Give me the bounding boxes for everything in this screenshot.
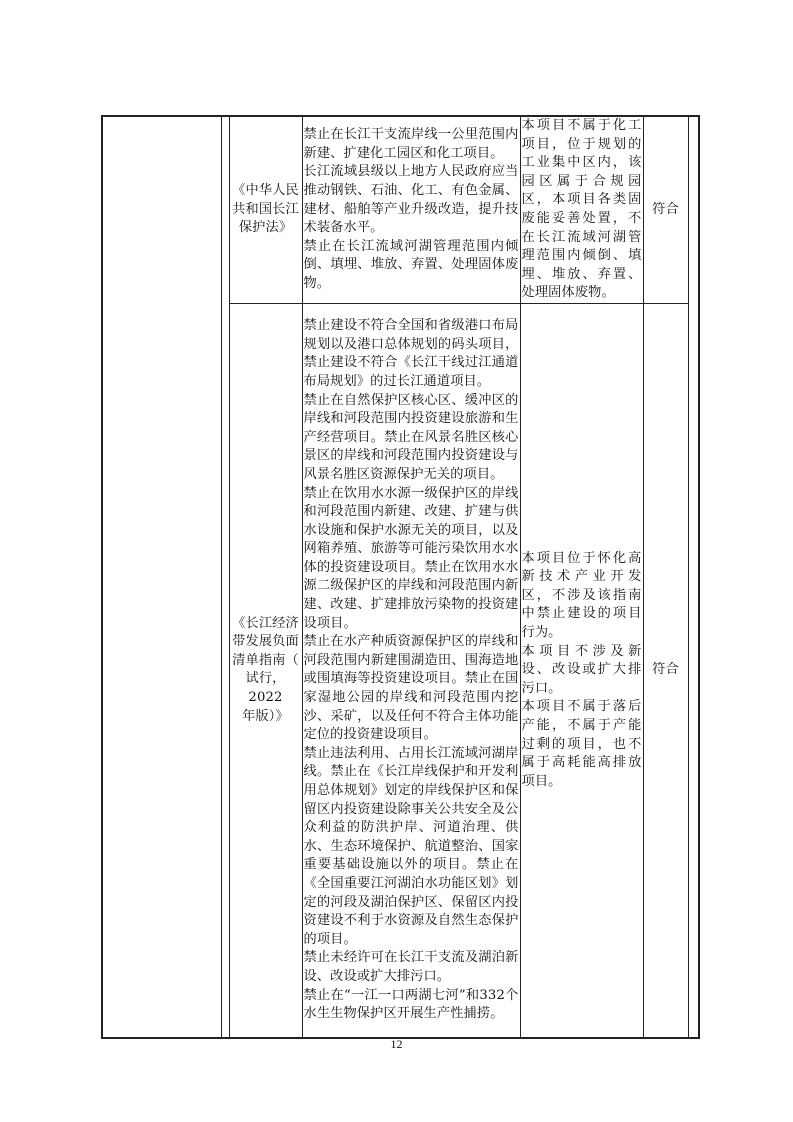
- law-name-line: 《中华人民: [231, 182, 301, 201]
- conformity-cell: 符合: [643, 303, 688, 1038]
- law-name-line: 《长江经济: [231, 615, 301, 634]
- requirement-paragraph: 禁止未经许可在长江干支流及湖泊新设、改设或扩大排污口。: [304, 949, 519, 986]
- requirement-paragraph: 禁止在自然保护区核心区、缓冲区的岸线和河段范围内投资建设旅游和生产经营项目。禁止…: [304, 392, 519, 485]
- requirement-paragraph: 长江流域县级以上地方人民政府应当推动钢铁、石油、化工、有色金属、建材、船舶等产业…: [304, 163, 519, 237]
- analysis-paragraph: 本项目位于怀化高新技术产业开发区，不涉及该指南中禁止建设的项目行为。: [522, 550, 642, 643]
- law-name-line: 共和国长江: [231, 201, 301, 220]
- law-name-line: 带发展负面: [231, 633, 301, 652]
- requirement-paragraph: 禁止违法利用、占用长江流域河湖岸线。禁止在《长江岸线保护和开发利用总体规划》划定…: [304, 745, 519, 950]
- conformity-cell: 符合: [643, 116, 688, 303]
- project-analysis-cell: 本项目不属于化工项目，位于规划的工业集中区内，该园区属于合规园区，本项目各类固废…: [520, 116, 643, 303]
- document-page: 《中华人民 共和国长江 保护法》 禁止在长江干支流岸线一公里范围内新建、扩建化工…: [0, 0, 793, 1122]
- law-name-cell: 《长江经济 带发展负面 清单指南（ 试行，2022 年版）》: [229, 303, 302, 1038]
- requirement-cell: 禁止在长江干支流岸线一公里范围内新建、扩建化工园区和化工项目。 长江流域县级以上…: [302, 116, 520, 303]
- compliance-table: 《中华人民 共和国长江 保护法》 禁止在长江干支流岸线一公里范围内新建、扩建化工…: [101, 115, 700, 1039]
- law-name-line: 年版）》: [231, 708, 301, 727]
- requirement-paragraph: 禁止在饮用水水源一级保护区的岸线和河段范围内新建、改建、扩建与供水设施和保护水源…: [304, 485, 519, 634]
- table-row: 《中华人民 共和国长江 保护法》 禁止在长江干支流岸线一公里范围内新建、扩建化工…: [102, 116, 699, 303]
- page-number: 12: [0, 1037, 793, 1052]
- index-cell: [221, 116, 229, 1038]
- requirement-cell: 禁止建设不符合全国和省级港口布局规划以及港口总体规划的码头项目，禁止建设不符合《…: [302, 303, 520, 1038]
- analysis-paragraph: 本项目不涉及新设、改设或扩大排污口。: [522, 643, 642, 699]
- project-analysis-cell: 本项目位于怀化高新技术产业开发区，不涉及该指南中禁止建设的项目行为。 本项目不涉…: [520, 303, 643, 1038]
- analysis-paragraph: 本项目不属于落后产能，不属于产能过剩的项目，也不属于高耗能高排放项目。: [522, 698, 642, 791]
- requirement-paragraph: 禁止在长江干支流岸线一公里范围内新建、扩建化工园区和化工项目。: [304, 126, 519, 163]
- law-name-line: 试行，2022: [231, 670, 301, 707]
- requirement-paragraph: 禁止建设不符合全国和省级港口布局规划以及港口总体规划的码头项目，禁止建设不符合《…: [304, 317, 519, 391]
- law-name-cell: 《中华人民 共和国长江 保护法》: [229, 116, 302, 303]
- remark-cell: [688, 116, 699, 1038]
- requirement-paragraph: 禁止在水产种质资源保护区的岸线和河段范围内新建围湖造田、围海造地或围填海等投资建…: [304, 633, 519, 745]
- requirement-paragraph: 禁止在“一江一口两湖七河”和332个水生生物保护区开展生产性捕捞。: [304, 987, 519, 1024]
- requirement-paragraph: 禁止在长江流域河湖管理范围内倾倒、填埋、堆放、弃置、处理固体废物。: [304, 238, 519, 294]
- analysis-paragraph: 本项目不属于化工项目，位于规划的工业集中区内，该园区属于合规园区，本项目各类固废…: [522, 117, 642, 303]
- category-cell: [102, 116, 221, 1038]
- law-name-line: 清单指南（: [231, 652, 301, 671]
- law-name-line: 保护法》: [231, 219, 301, 238]
